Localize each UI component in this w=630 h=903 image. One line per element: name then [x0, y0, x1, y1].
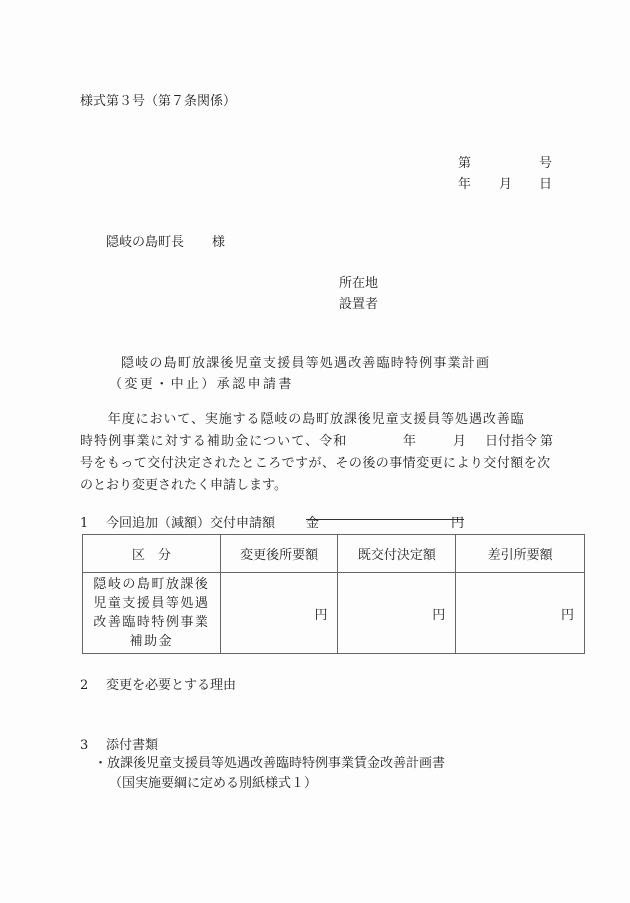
addressee: 隠岐の島町長 様: [106, 236, 184, 249]
body-year: 年: [403, 431, 416, 453]
amount-suffix: 円: [451, 517, 464, 530]
header-difference: 差引所要額: [456, 535, 585, 573]
header-changed-amount: 変更後所要額: [220, 535, 338, 573]
category-line: 補助金: [83, 632, 220, 651]
section-1-label: 今回追加（減額）交付申請額: [106, 516, 275, 531]
category-line: 改善臨時特例事業: [83, 613, 220, 632]
body-no: 第: [540, 431, 553, 453]
document-title-line2: （変更・中止）承認申請書: [109, 378, 294, 391]
section-1-number: 1: [80, 517, 106, 530]
body-month: 月: [453, 431, 466, 453]
form-number: 様式第３号（第７条関係）: [80, 95, 236, 108]
header-category: 区 分: [83, 535, 221, 573]
section-2: 2変更を必要とする理由: [80, 679, 236, 692]
applicant-setter-label: 設置者: [339, 298, 378, 311]
date-month: 月: [499, 178, 512, 191]
grant-amount-field[interactable]: 金 円: [306, 517, 464, 520]
decided-amount-cell[interactable]: 円: [338, 573, 456, 654]
table-row: 隠岐の島町放課後 児童支援員等処遇 改善臨時特例事業 補助金 円 円 円: [83, 573, 585, 654]
body-line-2: 時特例事業に対する補助金について、令和年月日付指令第: [80, 431, 556, 453]
date-year: 年: [458, 178, 471, 191]
body-line-3: 号をもって交付決定されたところですが、その後の事情変更により交付額を次: [80, 453, 556, 475]
amount-prefix: 金: [306, 517, 319, 530]
body-line-1: 年度において、実施する隠岐の島町放課後児童支援員等処遇改善臨: [80, 409, 556, 431]
body-line-4: のとおり変更されたく申請します。: [80, 475, 556, 497]
body-paragraph: 年度において、実施する隠岐の島町放課後児童支援員等処遇改善臨 時特例事業に対する…: [80, 409, 556, 497]
doc-number-suffix: 号: [539, 157, 552, 170]
category-line: 隠岐の島町放課後: [83, 575, 220, 594]
addressee-name: 隠岐の島町長: [106, 235, 184, 250]
section-3-number: 3: [80, 739, 106, 752]
document-title-line1: 隠岐の島町放課後児童支援員等処遇改善臨時特例事業計画: [121, 357, 490, 370]
header-decided-amount: 既交付決定額: [338, 535, 456, 573]
applicant-address-label: 所在地: [339, 277, 378, 290]
body-day-directive: 日付指令: [485, 431, 537, 453]
doc-number-prefix: 第: [458, 157, 471, 170]
addressee-honorific: 様: [212, 236, 225, 249]
grant-table: 区 分 変更後所要額 既交付決定額 差引所要額 隠岐の島町放課後 児童支援員等処…: [82, 534, 585, 654]
body-line-2-text: 時特例事業に対する補助金について、令和: [80, 434, 347, 449]
changed-amount-cell[interactable]: 円: [220, 573, 338, 654]
section-2-label: 変更を必要とする理由: [106, 678, 236, 693]
section-1: 1今回追加（減額）交付申請額 金 円: [80, 517, 275, 530]
attachment-note: （国実施要綱に定める別紙様式１）: [109, 777, 317, 790]
section-3-label: 添付書類: [106, 738, 158, 753]
difference-cell[interactable]: 円: [456, 573, 585, 654]
category-line: 児童支援員等処遇: [83, 594, 220, 613]
attachment-item: ・放課後児童支援員等処遇改善臨時特例事業賃金改善計画書: [94, 757, 445, 770]
section-3: 3添付書類: [80, 739, 158, 752]
date-day: 日: [539, 178, 552, 191]
table-header-row: 区 分 変更後所要額 既交付決定額 差引所要額: [83, 535, 585, 573]
category-cell: 隠岐の島町放課後 児童支援員等処遇 改善臨時特例事業 補助金: [83, 573, 221, 654]
section-2-number: 2: [80, 679, 106, 692]
